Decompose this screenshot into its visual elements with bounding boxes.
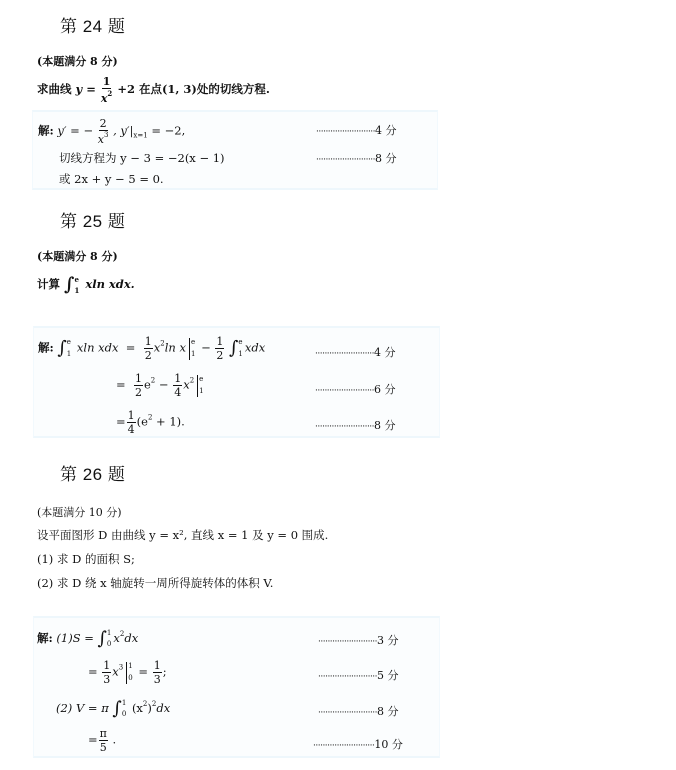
- integral-sign: ∫: [57, 338, 66, 359]
- dot-leader: ·························: [316, 127, 375, 137]
- stem-rhs: +2: [117, 82, 135, 96]
- stem-lhs: y =: [76, 82, 96, 96]
- solution-line-1: 解: (1)S = ∫10x2dx: [37, 628, 138, 650]
- question-stem-line: 设平面图形 D 由曲线 y = x², 直线 x = 1 及 y = 0 围成.: [37, 527, 328, 543]
- stem-suffix: 在点(1, 3)处的切线方程.: [139, 82, 270, 96]
- integral-sign: ∫: [112, 698, 121, 719]
- solution-line-2: = 12e2 − 14x2e1: [116, 373, 206, 398]
- solution-line-3: (2) V = π ∫10 (x2)2dx: [56, 698, 170, 720]
- question-heading: 第 25 题: [60, 207, 125, 232]
- points-note: (本题满分 8 分): [37, 53, 118, 69]
- fraction: 2 x3: [98, 118, 109, 145]
- score-marker: ·························4 分: [315, 344, 396, 360]
- solution-label: 解:: [38, 124, 54, 138]
- solution-line-3: =14(e2 + 1).: [116, 410, 185, 435]
- solution-line-2: = 13x310 = 13;: [88, 660, 167, 685]
- solution-line-1: 解: ∫e1 xln xdx = 12x2ln xe1 − 12 ∫e1xdx: [38, 336, 265, 361]
- points-note: (本题满分 10 分): [37, 504, 122, 520]
- question-stem: 计算 ∫e1 xln xdx.: [37, 274, 135, 296]
- solution-line-2: 切线方程为 y − 3 = −2(x − 1): [59, 150, 225, 166]
- points-note: (本题满分 8 分): [37, 248, 118, 264]
- solution-line-4: =π5 .: [88, 728, 116, 753]
- stem-fraction: 1 x2: [101, 76, 112, 104]
- stem-prefix: 求曲线: [37, 82, 72, 96]
- score-marker: ·························4 分: [316, 122, 397, 138]
- integral-sign: ∫: [64, 274, 74, 295]
- score-marker: ·························3 分: [318, 632, 399, 648]
- evaluation-bar: [126, 662, 127, 684]
- score-marker: ·························5 分: [318, 667, 399, 683]
- score-marker: ··························10 分: [313, 736, 403, 752]
- solution-line-3: 或 2x + y − 5 = 0.: [59, 171, 164, 187]
- integral-sign: ∫: [229, 338, 238, 359]
- question-part-1: (1) 求 D 的面积 S;: [37, 551, 135, 567]
- score-marker: ·························8 分: [315, 417, 396, 433]
- score-marker: ·························6 分: [315, 381, 396, 397]
- evaluation-bar: [197, 375, 198, 397]
- question-part-2: (2) 求 D 绕 x 轴旋转一周所得旋转体的体积 V.: [37, 575, 273, 591]
- solution-box: 解: ∫e1 xln xdx = 12x2ln xe1 − 12 ∫e1xdx …: [33, 326, 440, 438]
- score-marker: ·························8 分: [316, 150, 397, 166]
- evaluation-bar: [189, 338, 190, 360]
- question-heading: 第 26 题: [60, 460, 125, 485]
- integral-sign: ∫: [98, 628, 107, 649]
- solution-box: 解: (1)S = ∫10x2dx ······················…: [33, 616, 440, 758]
- question-stem: 求曲线 y = 1 x2 +2 在点(1, 3)处的切线方程.: [37, 76, 270, 104]
- solution-box: 解: y′ = − 2 x3 , y′|x=1 = −2, ··········…: [32, 110, 438, 190]
- solution-line-1: 解: y′ = − 2 x3 , y′|x=1 = −2,: [38, 118, 185, 145]
- question-heading: 第 24 题: [60, 12, 125, 37]
- score-marker: ·························8 分: [318, 703, 399, 719]
- dot-leader: ·························: [316, 155, 375, 165]
